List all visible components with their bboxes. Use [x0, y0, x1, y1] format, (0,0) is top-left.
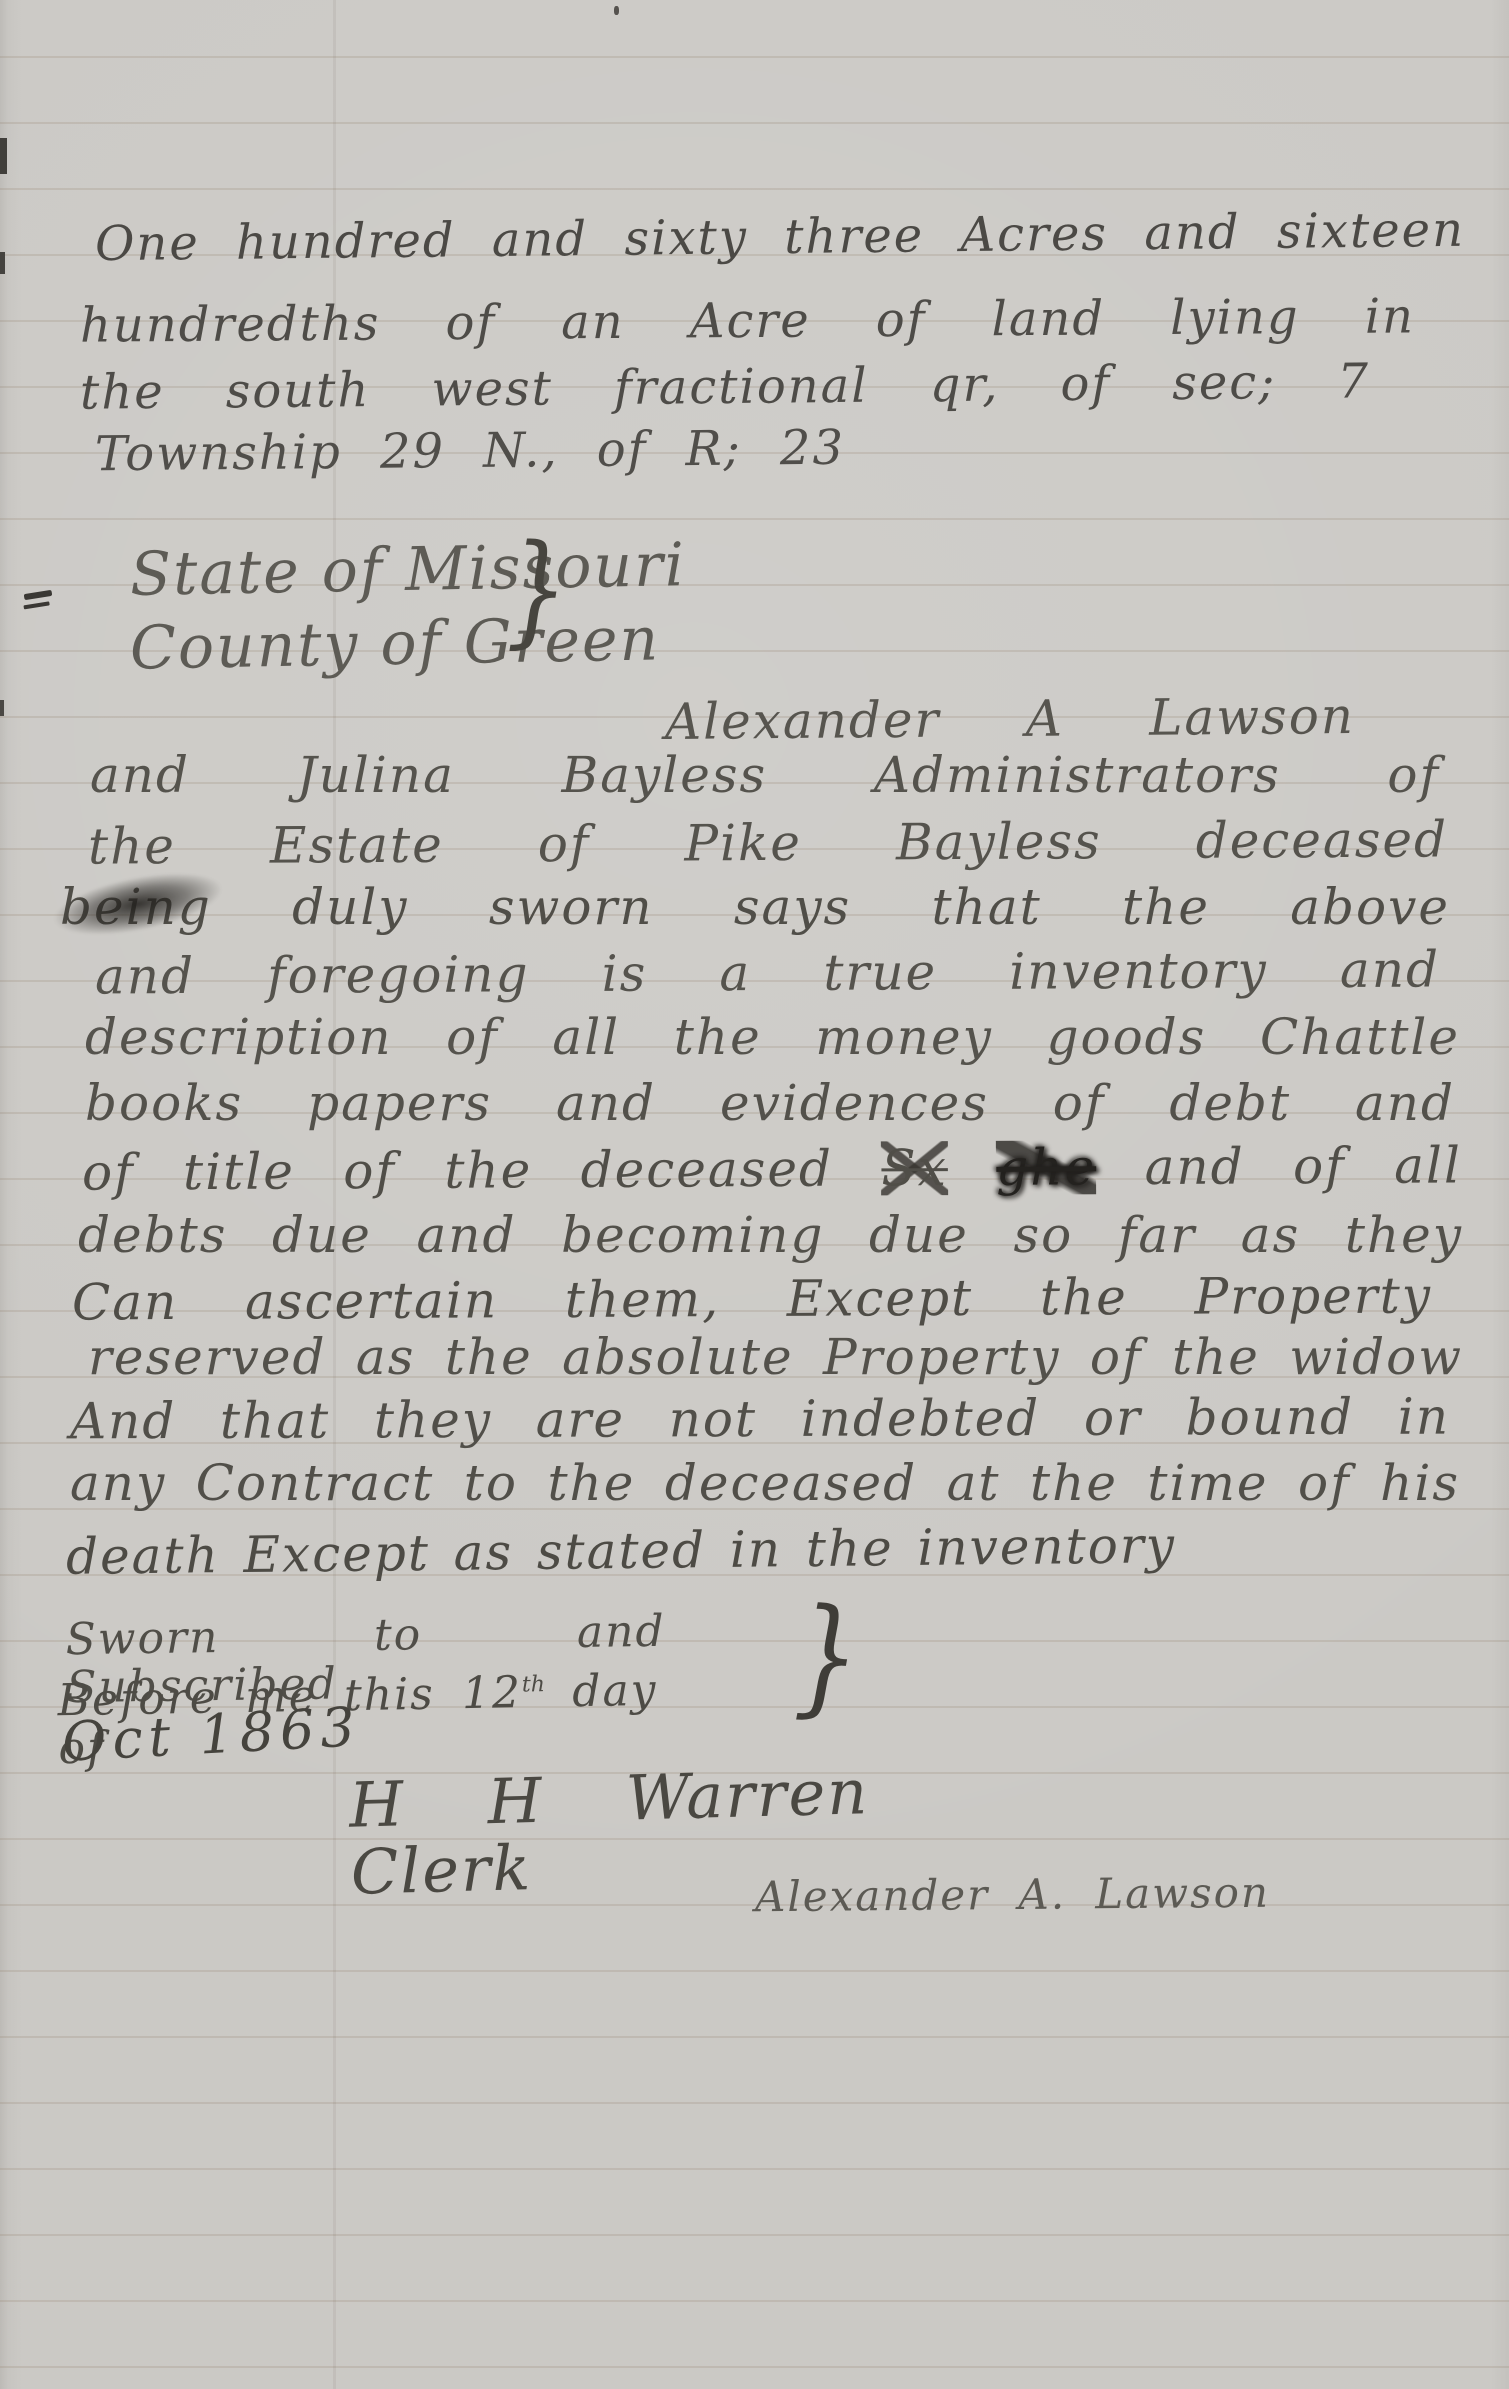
land-description-line-3: the south west fractional qr, of sec; 7: [80, 356, 1370, 419]
margin-ink-mark: [24, 590, 53, 600]
affidavit-line: any Contract to the deceased at the time…: [70, 1456, 1460, 1510]
document-page: One hundred and sixty three Acres and si…: [0, 0, 1509, 2389]
land-description-line-1: One hundred and sixty three Acres and si…: [95, 205, 1465, 271]
affiant-name-line: Alexander A Lawson: [665, 689, 1355, 749]
venue-state-line: State of Missouri: [129, 533, 686, 607]
affidavit-line: Can ascertain them, Except the Property: [72, 1268, 1432, 1329]
jurat-brace: }: [792, 1587, 863, 1728]
scan-edge-artifact: [0, 252, 5, 274]
affidavit-line: being duly sworn says that the above: [60, 880, 1450, 934]
struck-line-suffix: and of all: [1144, 1136, 1462, 1196]
land-description-line-2: hundredths of an Acre of land lying in: [80, 291, 1415, 352]
blotted-out-word: ghe: [996, 1140, 1096, 1195]
land-description-line-4: Township 29 N., of R; 23: [95, 423, 845, 481]
crossed-out-word: Sx: [881, 1141, 948, 1195]
ink-speck: [614, 6, 619, 15]
affidavit-line: debts due and becoming due so far as the…: [78, 1208, 1463, 1262]
ordinal-superscript: th: [522, 1672, 545, 1697]
affidavit-line: reserved as the absolute Property of the…: [88, 1330, 1463, 1384]
affidavit-line: description of all the money goods Chatt…: [85, 1010, 1460, 1064]
affidavit-line: books papers and evidences of debt and: [85, 1076, 1455, 1130]
affiant-signature: Alexander A. Lawson: [755, 1870, 1270, 1920]
affidavit-line: the Estate of Pike Bayless deceased: [88, 812, 1448, 873]
affidavit-line-with-strikethrough: of title of the deceased Sx ghe and of a…: [82, 1138, 1462, 1199]
affidavit-line: death Except as stated in the inventory: [66, 1518, 1177, 1584]
affidavit-line: and foregoing is a true inventory and: [95, 942, 1440, 1003]
affidavit-line: And that they are not indebted or bound …: [70, 1390, 1450, 1449]
venue-brace: }: [506, 524, 570, 656]
scan-edge-artifact: [0, 138, 7, 174]
struck-line-prefix: of title of the deceased: [82, 1140, 833, 1202]
venue-county-line: County of Green: [129, 607, 660, 681]
affidavit-line: and Julina Bayless Administrators of: [90, 748, 1440, 802]
scan-edge-artifact: [0, 700, 4, 716]
